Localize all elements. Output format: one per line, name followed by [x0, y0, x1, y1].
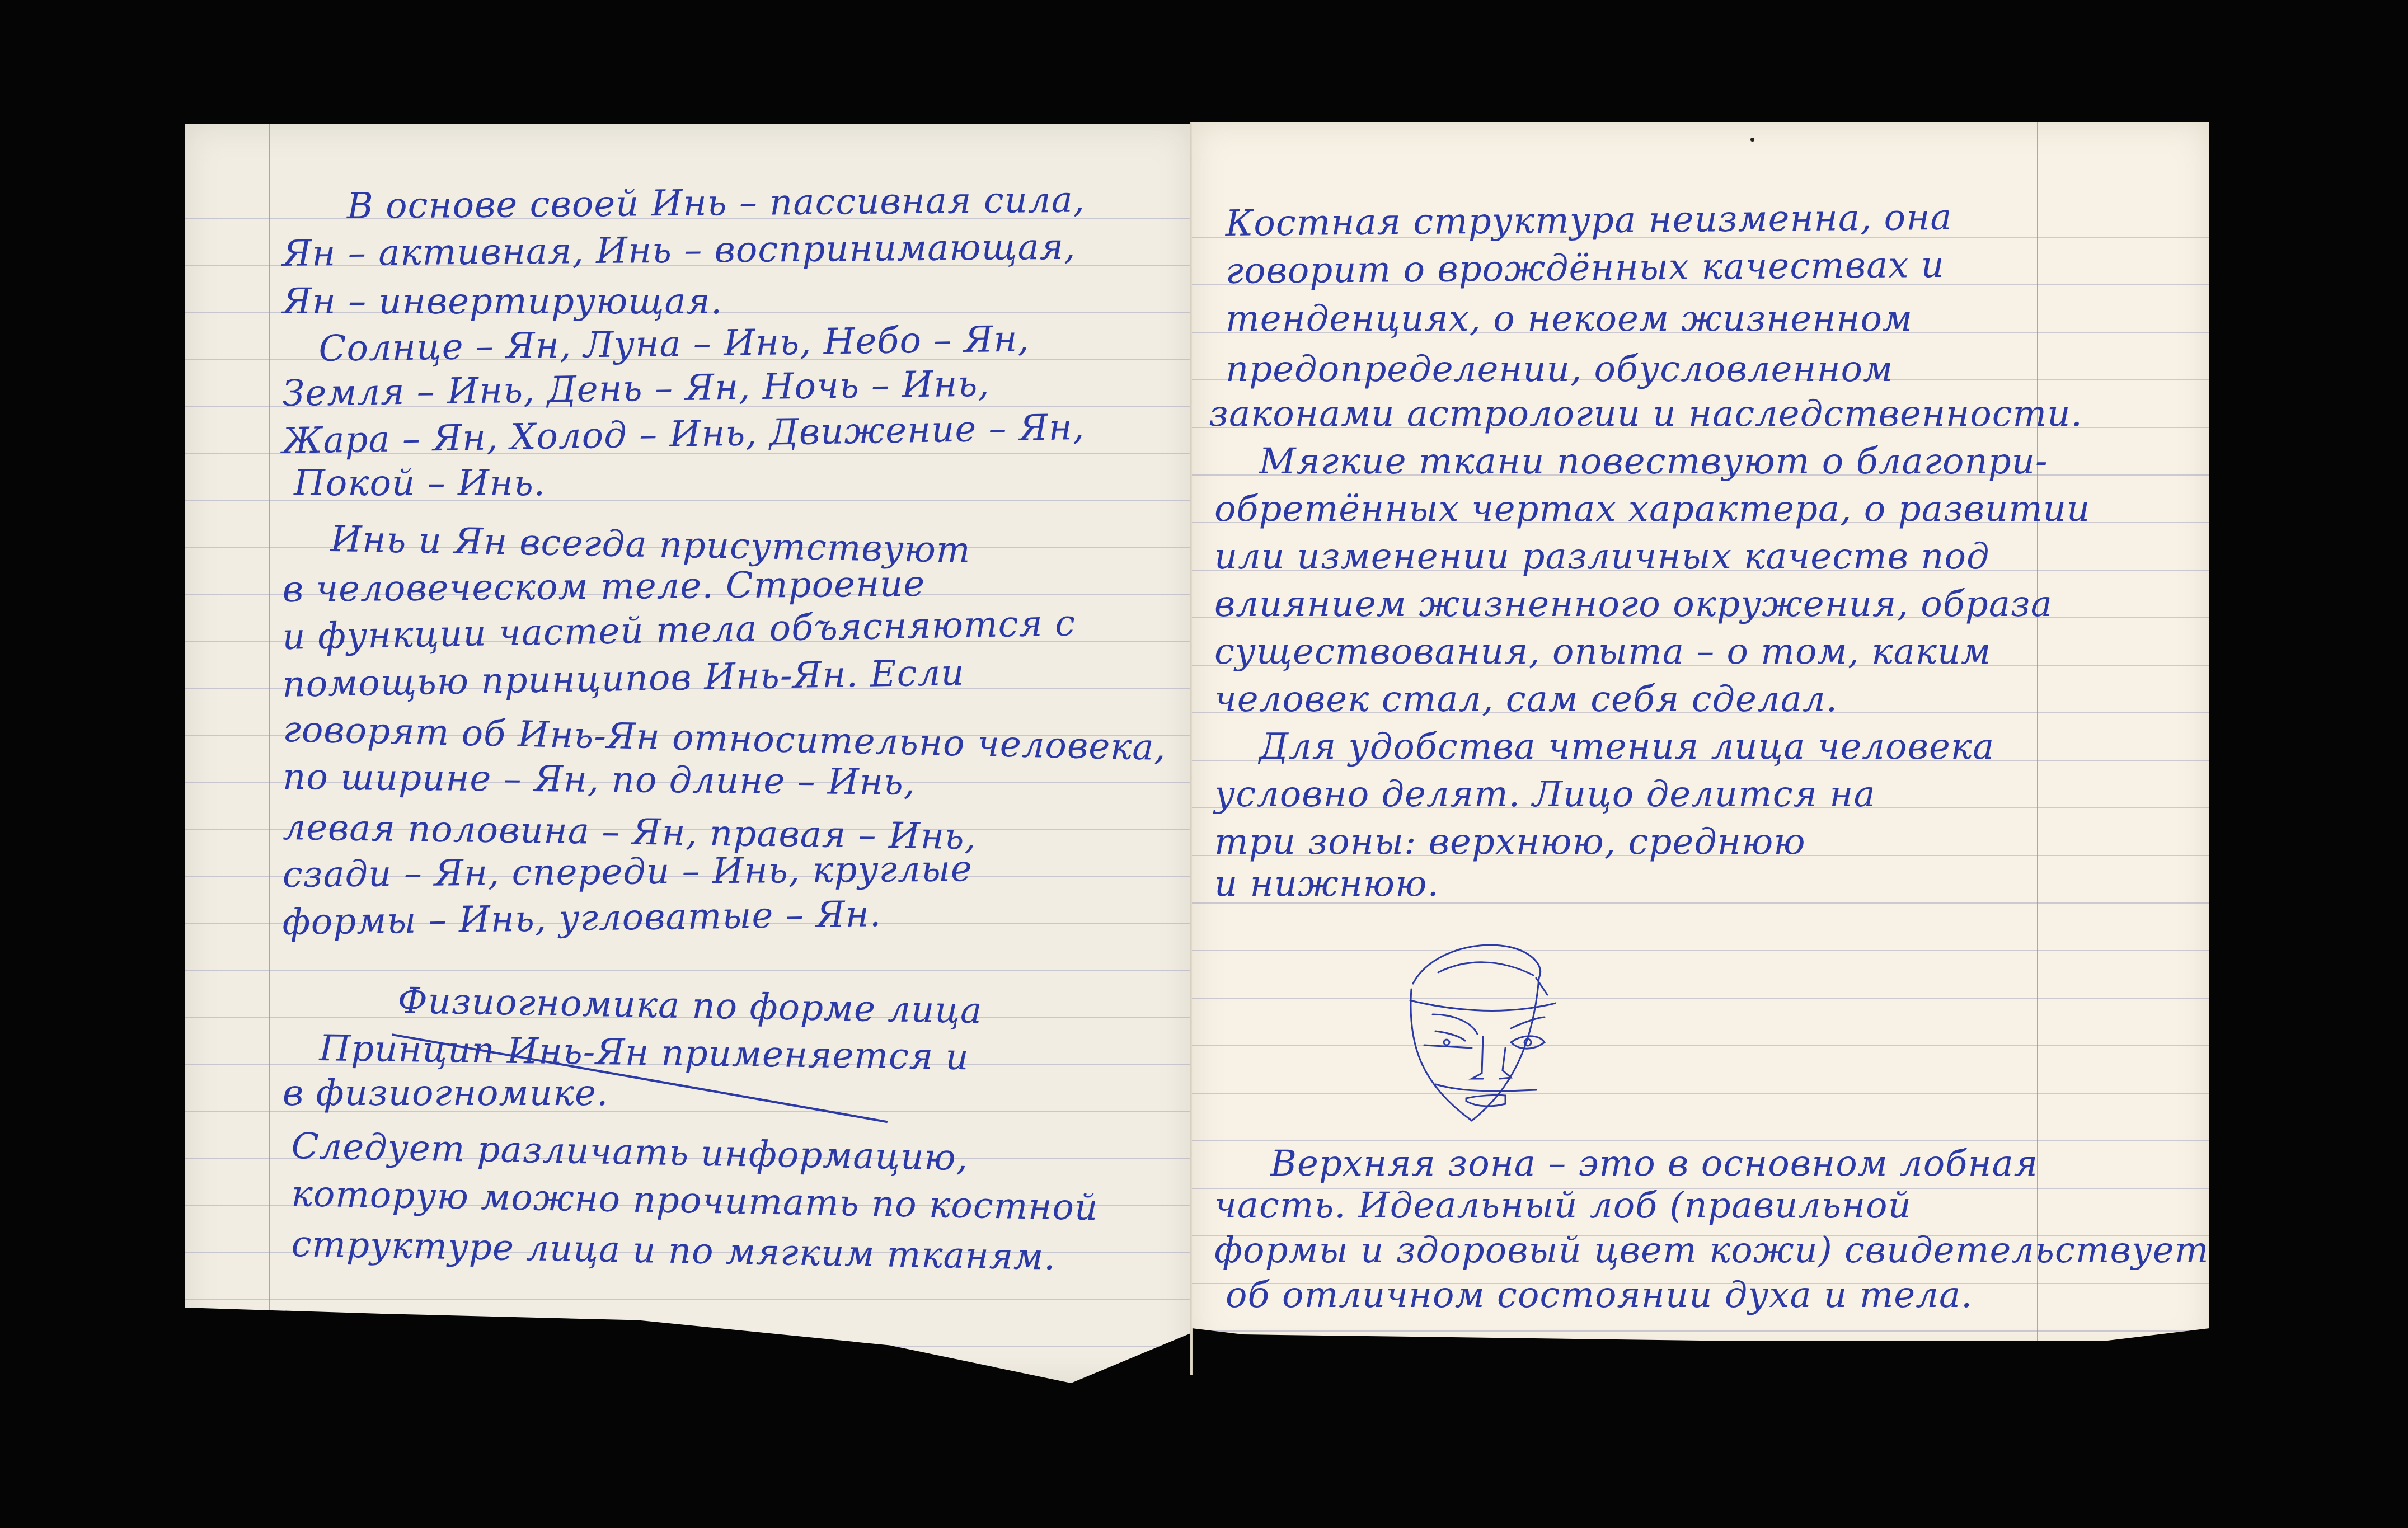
handwritten-line: В основе своей Инь – пассивная сила, [346, 182, 1085, 224]
handwritten-line: существования, опыта – о том, каким [1214, 634, 1991, 670]
handwritten-line: которую можно прочитать по костной [291, 1176, 1099, 1226]
ruled-line [1192, 950, 2209, 951]
handwritten-line: предопределении, обусловленном [1226, 351, 1893, 387]
handwritten-line: Для удобства чтения лица человека [1259, 729, 1994, 765]
handwritten-line: об отличном состоянии духа и тела. [1226, 1277, 1973, 1313]
ruled-line [1192, 998, 2209, 999]
handwritten-line: и функции частей тела объясняются с [282, 605, 1076, 655]
ink-dot [1750, 138, 1754, 142]
ruled-line [185, 1393, 1192, 1394]
handwritten-line: Жара – Ян, Холод – Инь, Движение – Ян, [282, 410, 1085, 459]
handwritten-line: по ширине – Ян, по длине – Инь, [283, 759, 916, 801]
handwritten-line: Мягкие ткани повествуют о благопри- [1259, 444, 2048, 479]
face-sketch-icon [1388, 933, 1556, 1123]
handwritten-line: Покой – Инь. [294, 466, 546, 501]
handwritten-line: законами астрологии и наследственности. [1209, 396, 2083, 432]
handwritten-line: и нижнюю. [1214, 866, 1439, 902]
handwritten-line: Солнце – Ян, Луна – Инь, Небо – Ян, [318, 321, 1030, 367]
ruled-line [185, 970, 1192, 971]
ruled-line [1192, 1378, 2209, 1379]
handwritten-line: в человеческом теле. Строение [282, 566, 925, 608]
handwritten-line: формы и здоровый цвет кожи) свидетельств… [1214, 1233, 2209, 1268]
handwritten-line: три зоны: верхнюю, среднюю [1214, 824, 1806, 860]
section-heading: Физиогномика по форме лица [397, 983, 983, 1029]
handwritten-line: Ян – активная, Инь – воспринимающая, [282, 229, 1076, 272]
handwritten-line: часть. Идеальный лоб (правильной [1214, 1188, 1912, 1224]
ruled-line [185, 1299, 1192, 1300]
ruled-line [1192, 1330, 2209, 1332]
handwritten-line: тенденциях, о некоем жизненном [1226, 301, 1913, 337]
handwritten-line: Земля – Инь, День – Ян, Ночь – Инь, [282, 366, 990, 412]
handwritten-line: формы – Инь, угловатые – Ян. [282, 896, 881, 941]
handwritten-line: левая половина – Ян, правая – Инь, [283, 810, 977, 855]
handwritten-line: Ян – инвертирующая. [283, 284, 722, 319]
handwritten-line: помощью принципов Инь-Ян. Если [282, 655, 965, 703]
handwritten-line: человек стал, сам себя сделал. [1214, 681, 1838, 717]
ruled-line [185, 1346, 1192, 1347]
handwritten-line: Следует различать информацию, [291, 1129, 969, 1176]
right-notebook-page: Костная структура неизменна, она говорит… [1192, 122, 2209, 1353]
handwritten-line: сзади – Ян, спереди – Инь, круглые [282, 851, 973, 893]
handwritten-line: обретённых чертах характера, о развитии [1214, 491, 2090, 527]
handwritten-line: Принцип Инь-Ян применяется и [319, 1031, 969, 1075]
handwritten-line: или изменении различных качеств под [1214, 539, 1990, 575]
handwritten-line: влиянием жизненного окружения, образа [1214, 586, 2053, 622]
handwritten-line: Костная структура неизменна, она [1225, 200, 1952, 242]
handwritten-line: Инь и Ян всегда присутствуют [330, 521, 971, 568]
ruled-line [1192, 1045, 2209, 1046]
left-notebook-page: В основе своей Инь – пассивная сила, Ян … [185, 124, 1192, 1383]
handwritten-line: структуре лица и по мягким тканям. [291, 1226, 1056, 1276]
handwritten-line: условно делят. Лицо делится на [1214, 777, 1876, 812]
ruled-line [1192, 1093, 2209, 1094]
ruled-line [1192, 1140, 2209, 1141]
handwritten-line: Верхняя зона – это в основном лобная [1270, 1146, 2038, 1182]
handwritten-line: в физиогномике. [283, 1075, 608, 1111]
handwritten-line: говорит о врождённых качествах и [1225, 247, 1945, 289]
